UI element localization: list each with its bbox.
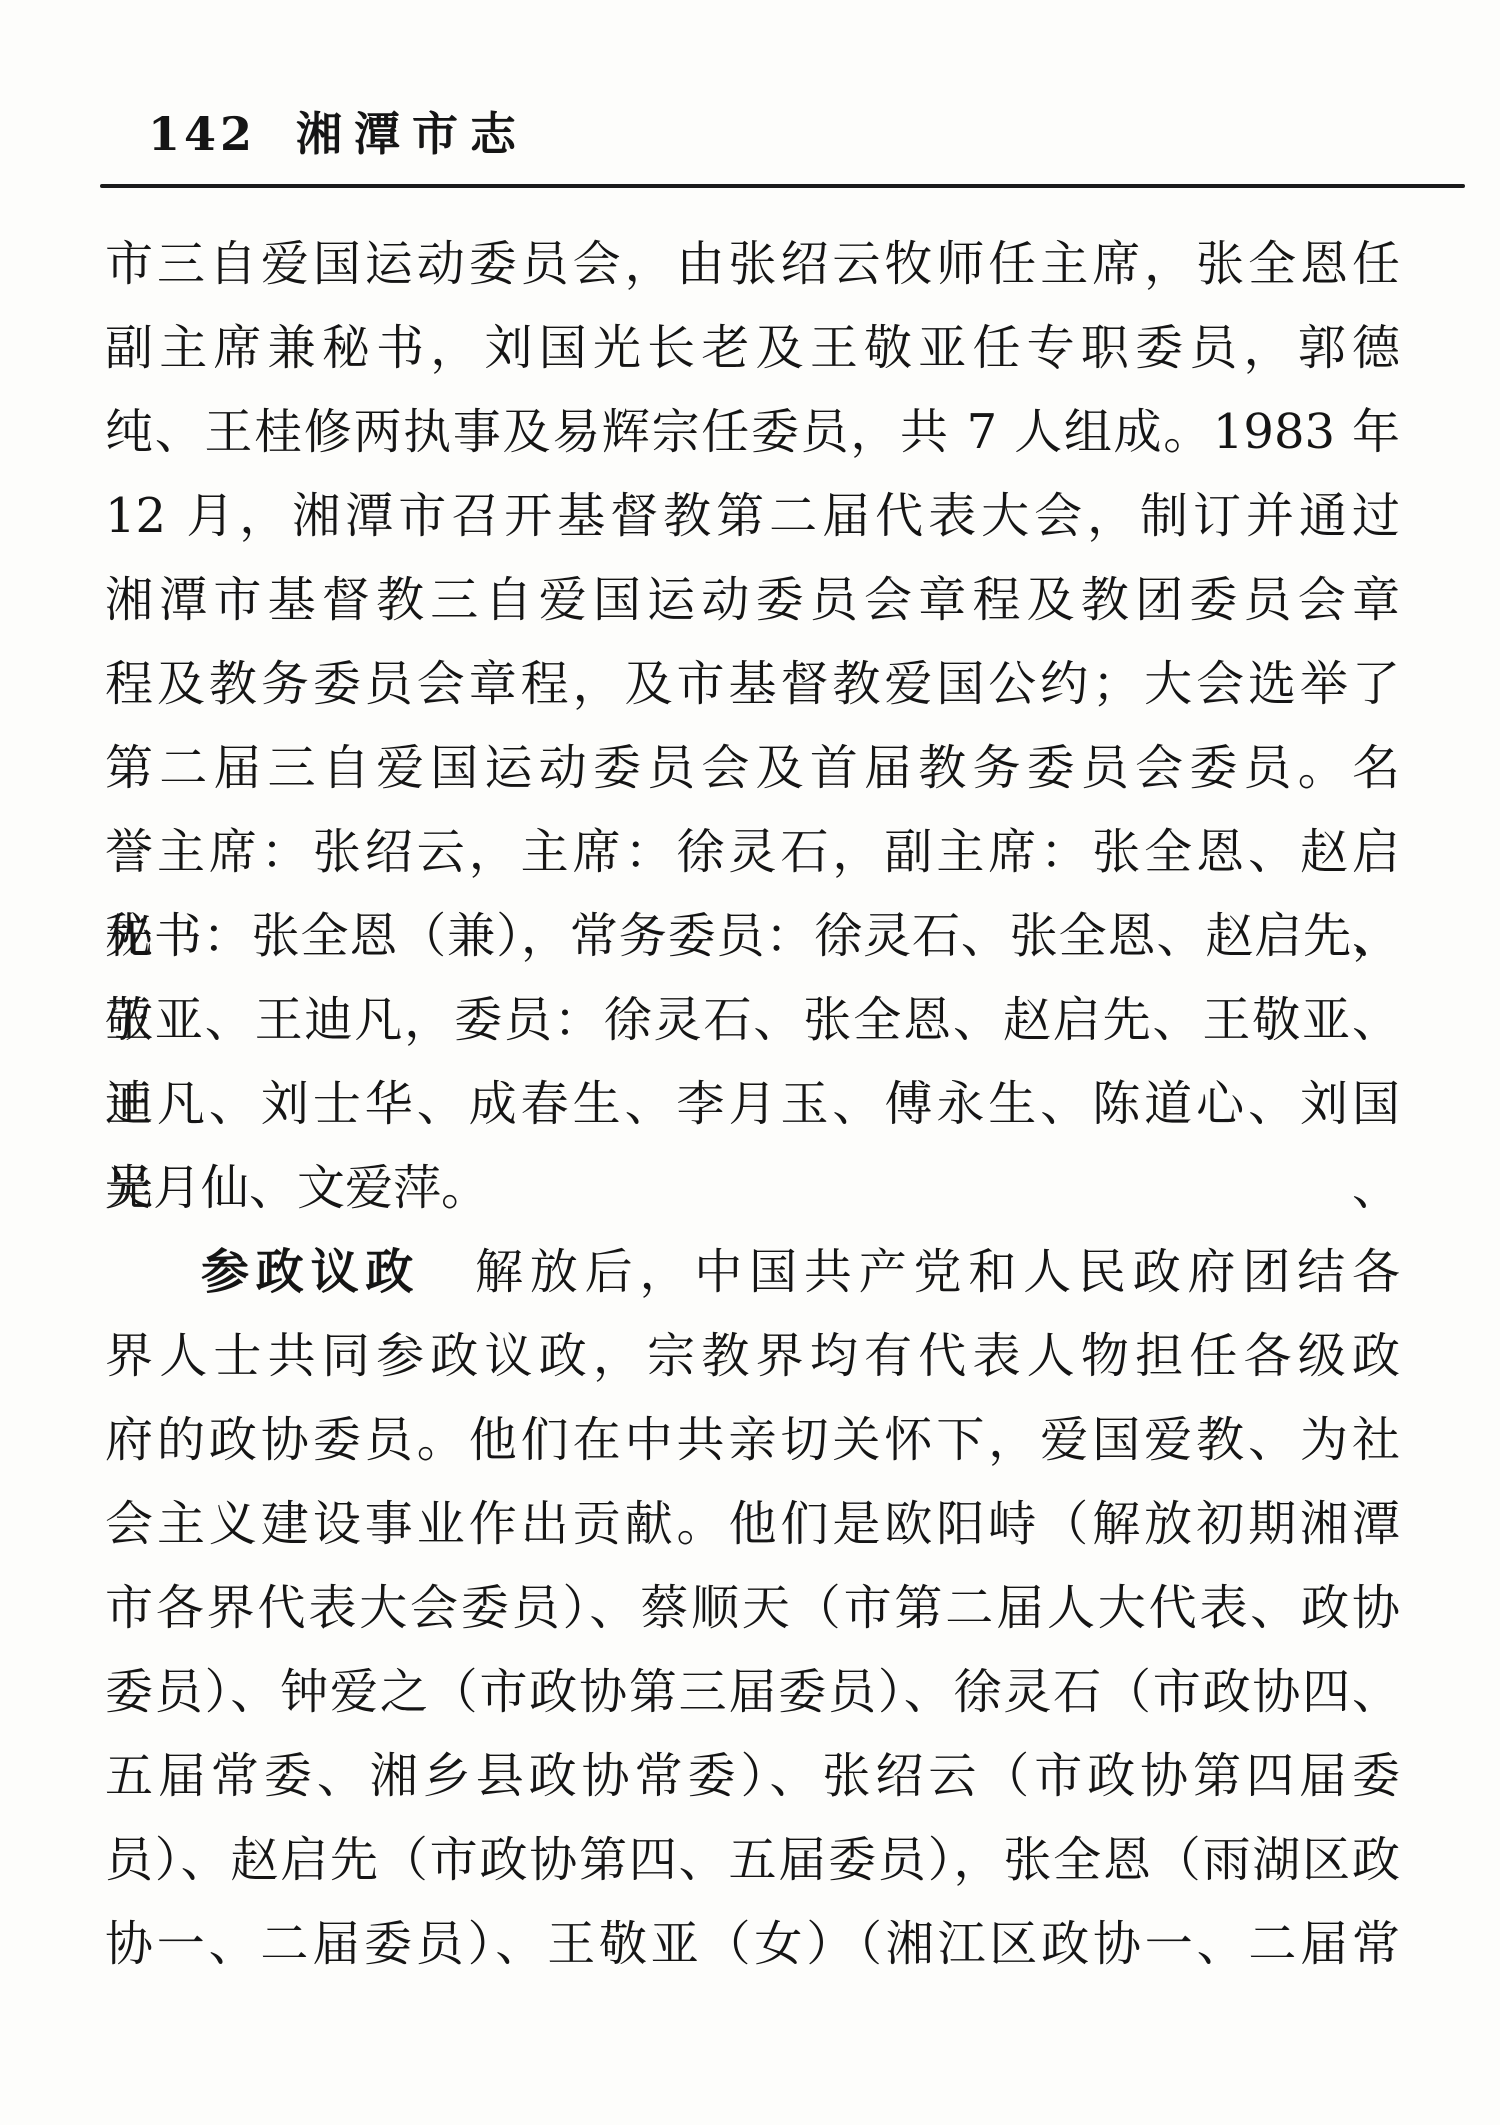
text-line: 第二届三自爱国运动委员会及首届教务委员会委员。名	[105, 726, 1400, 810]
text-line: 府的政协委员。他们在中共亲切关怀下，爱国爱教、为社	[105, 1398, 1400, 1482]
text-line: 敬亚、王迪凡，委员：徐灵石、张全恩、赵启先、王敬亚、王	[105, 978, 1400, 1062]
text-line: 委员）、钟爱之（市政协第三届委员）、徐灵石（市政协四、	[105, 1650, 1400, 1734]
text-line: 誉主席：张绍云，主席：徐灵石，副主席：张全恩、赵启先，	[105, 810, 1400, 894]
text-line: 协一、二届委员）、王敬亚（女）（湘江区政协一、二届常	[105, 1902, 1400, 1986]
text-line: 参政议政 解放后，中国共产党和人民政府团结各	[105, 1230, 1400, 1314]
text-line: 市各界代表大会委员）、蔡顺天（市第二届人大代表、政协	[105, 1566, 1400, 1650]
text-line: 湘潭市基督教三自爱国运动委员会章程及教团委员会章	[105, 558, 1400, 642]
header-rule	[100, 184, 1465, 188]
text-line: 五届常委、湘乡县政协常委）、张绍云（市政协第四届委	[105, 1734, 1400, 1818]
text-line: 12 月，湘潭市召开基督教第二届代表大会，制订并通过	[105, 474, 1400, 558]
paragraph-heading: 参政议政	[201, 1244, 420, 1300]
text-line: 纯、王桂修两执事及易辉宗任委员，共 7 人组成。1983 年	[105, 390, 1400, 474]
page-header: 142湘潭市志	[148, 102, 528, 166]
text-line: 会主义建设事业作出贡献。他们是欧阳峙（解放初期湘潭	[105, 1482, 1400, 1566]
text-line: 程及教务委员会章程，及市基督教爱国公约；大会选举了	[105, 642, 1400, 726]
text-line: 市三自爱国运动委员会，由张绍云牧师任主席，张全恩任	[105, 222, 1400, 306]
page-body: 市三自爱国运动委员会，由张绍云牧师任主席，张全恩任副主席兼秘书，刘国光长老及王敬…	[105, 222, 1400, 1986]
text-line: 迪凡、刘士华、成春生、李月玉、傅永生、陈道心、刘国光、	[105, 1062, 1400, 1146]
text-line: 员）、赵启先（市政协第四、五届委员），张全恩（雨湖区政	[105, 1818, 1400, 1902]
book-page: 142湘潭市志 市三自爱国运动委员会，由张绍云牧师任主席，张全恩任副主席兼秘书，…	[0, 0, 1500, 2125]
page-number: 142	[148, 107, 256, 161]
text-line: 界人士共同参政议政，宗教界均有代表人物担任各级政	[105, 1314, 1400, 1398]
text-line: 副主席兼秘书，刘国光长老及王敬亚任专职委员，郭德	[105, 306, 1400, 390]
book-title: 湘潭市志	[296, 107, 528, 161]
text-line: 秘书：张全恩（兼），常务委员：徐灵石、张全恩、赵启先、王	[105, 894, 1400, 978]
